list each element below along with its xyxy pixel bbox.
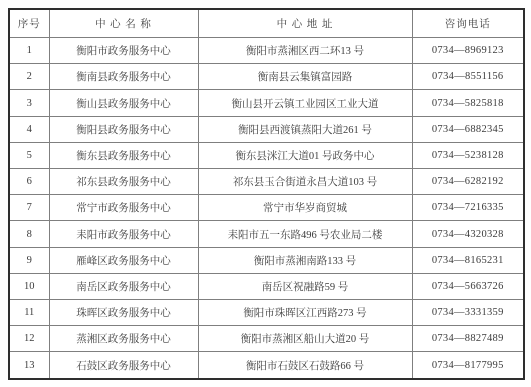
center-address-cell: 耒阳市五一东路496 号农业局二楼 <box>198 221 412 247</box>
phone-cell: 0734—8551156 <box>412 64 524 90</box>
center-address-cell: 常宁市华岁商贸城 <box>198 195 412 221</box>
table-row: 2衡南县政务服务中心衡南县云集镇富园路0734—8551156 <box>9 64 524 90</box>
row-number-cell: 12 <box>9 326 49 352</box>
row-number-cell: 10 <box>9 273 49 299</box>
table-row: 13石鼓区政务服务中心衡阳市石鼓区石鼓路66 号0734—8177995 <box>9 352 524 379</box>
center-address-cell: 衡阳市石鼓区石鼓路66 号 <box>198 352 412 379</box>
row-number-cell: 3 <box>9 90 49 116</box>
center-name-cell: 蒸湘区政务服务中心 <box>49 326 198 352</box>
center-name-cell: 衡东县政务服务中心 <box>49 142 198 168</box>
table-body: 1衡阳市政务服务中心衡阳市蒸湘区西二环13 号0734—89691232衡南县政… <box>9 38 524 380</box>
table-row: 5衡东县政务服务中心衡东县洣江大道01 号政务中心0734—5238128 <box>9 142 524 168</box>
row-number-cell: 7 <box>9 195 49 221</box>
header-serial-number: 序号 <box>9 9 49 38</box>
center-address-cell: 衡山县开云镇工业园区工业大道 <box>198 90 412 116</box>
row-number-cell: 13 <box>9 352 49 379</box>
phone-cell: 0734—7216335 <box>412 195 524 221</box>
header-center-address: 中 心 地 址 <box>198 9 412 38</box>
phone-cell: 0734—6882345 <box>412 116 524 142</box>
phone-cell: 0734—8177995 <box>412 352 524 379</box>
center-name-cell: 衡阳县政务服务中心 <box>49 116 198 142</box>
table-row: 4衡阳县政务服务中心衡阳县西渡镇蒸阳大道261 号0734—6882345 <box>9 116 524 142</box>
center-name-cell: 石鼓区政务服务中心 <box>49 352 198 379</box>
center-address-cell: 衡阳县西渡镇蒸阳大道261 号 <box>198 116 412 142</box>
center-name-cell: 衡南县政务服务中心 <box>49 64 198 90</box>
center-name-cell: 祁东县政务服务中心 <box>49 169 198 195</box>
phone-cell: 0734—5663726 <box>412 273 524 299</box>
center-name-cell: 雁峰区政务服务中心 <box>49 247 198 273</box>
phone-cell: 0734—3331359 <box>412 300 524 326</box>
center-name-cell: 常宁市政务服务中心 <box>49 195 198 221</box>
table-row: 10南岳区政务服务中心南岳区祝融路59 号0734—5663726 <box>9 273 524 299</box>
center-name-cell: 衡阳市政务服务中心 <box>49 38 198 64</box>
center-address-cell: 衡阳市蒸湘区西二环13 号 <box>198 38 412 64</box>
center-address-cell: 衡阳市蒸湘区船山大道20 号 <box>198 326 412 352</box>
row-number-cell: 8 <box>9 221 49 247</box>
center-address-cell: 衡阳市珠晖区江西路273 号 <box>198 300 412 326</box>
document-page: 序号 中 心 名 称 中 心 地 址 咨询电话 1衡阳市政务服务中心衡阳市蒸湘区… <box>0 0 531 387</box>
header-phone: 咨询电话 <box>412 9 524 38</box>
phone-cell: 0734—5238128 <box>412 142 524 168</box>
phone-cell: 0734—8165231 <box>412 247 524 273</box>
table-row: 1衡阳市政务服务中心衡阳市蒸湘区西二环13 号0734—8969123 <box>9 38 524 64</box>
center-name-cell: 南岳区政务服务中心 <box>49 273 198 299</box>
phone-cell: 0734—5825818 <box>412 90 524 116</box>
table-row: 7常宁市政务服务中心常宁市华岁商贸城0734—7216335 <box>9 195 524 221</box>
center-address-cell: 南岳区祝融路59 号 <box>198 273 412 299</box>
row-number-cell: 5 <box>9 142 49 168</box>
service-centers-table: 序号 中 心 名 称 中 心 地 址 咨询电话 1衡阳市政务服务中心衡阳市蒸湘区… <box>8 8 525 380</box>
row-number-cell: 1 <box>9 38 49 64</box>
table-row: 12蒸湘区政务服务中心衡阳市蒸湘区船山大道20 号0734—8827489 <box>9 326 524 352</box>
phone-cell: 0734—8827489 <box>412 326 524 352</box>
row-number-cell: 11 <box>9 300 49 326</box>
row-number-cell: 4 <box>9 116 49 142</box>
table-row: 11珠晖区政务服务中心衡阳市珠晖区江西路273 号0734—3331359 <box>9 300 524 326</box>
phone-cell: 0734—4320328 <box>412 221 524 247</box>
center-address-cell: 衡东县洣江大道01 号政务中心 <box>198 142 412 168</box>
center-name-cell: 耒阳市政务服务中心 <box>49 221 198 247</box>
header-center-name: 中 心 名 称 <box>49 9 198 38</box>
table-row: 9雁峰区政务服务中心衡阳市蒸湘南路133 号0734—8165231 <box>9 247 524 273</box>
row-number-cell: 6 <box>9 169 49 195</box>
row-number-cell: 2 <box>9 64 49 90</box>
center-address-cell: 衡南县云集镇富园路 <box>198 64 412 90</box>
table-header: 序号 中 心 名 称 中 心 地 址 咨询电话 <box>9 9 524 38</box>
center-address-cell: 衡阳市蒸湘南路133 号 <box>198 247 412 273</box>
center-address-cell: 祁东县玉合街道永昌大道103 号 <box>198 169 412 195</box>
center-name-cell: 珠晖区政务服务中心 <box>49 300 198 326</box>
row-number-cell: 9 <box>9 247 49 273</box>
phone-cell: 0734—8969123 <box>412 38 524 64</box>
header-row: 序号 中 心 名 称 中 心 地 址 咨询电话 <box>9 9 524 38</box>
table-row: 6祁东县政务服务中心祁东县玉合街道永昌大道103 号0734—6282192 <box>9 169 524 195</box>
phone-cell: 0734—6282192 <box>412 169 524 195</box>
table-row: 3衡山县政务服务中心衡山县开云镇工业园区工业大道0734—5825818 <box>9 90 524 116</box>
center-name-cell: 衡山县政务服务中心 <box>49 90 198 116</box>
table-row: 8耒阳市政务服务中心耒阳市五一东路496 号农业局二楼0734—4320328 <box>9 221 524 247</box>
